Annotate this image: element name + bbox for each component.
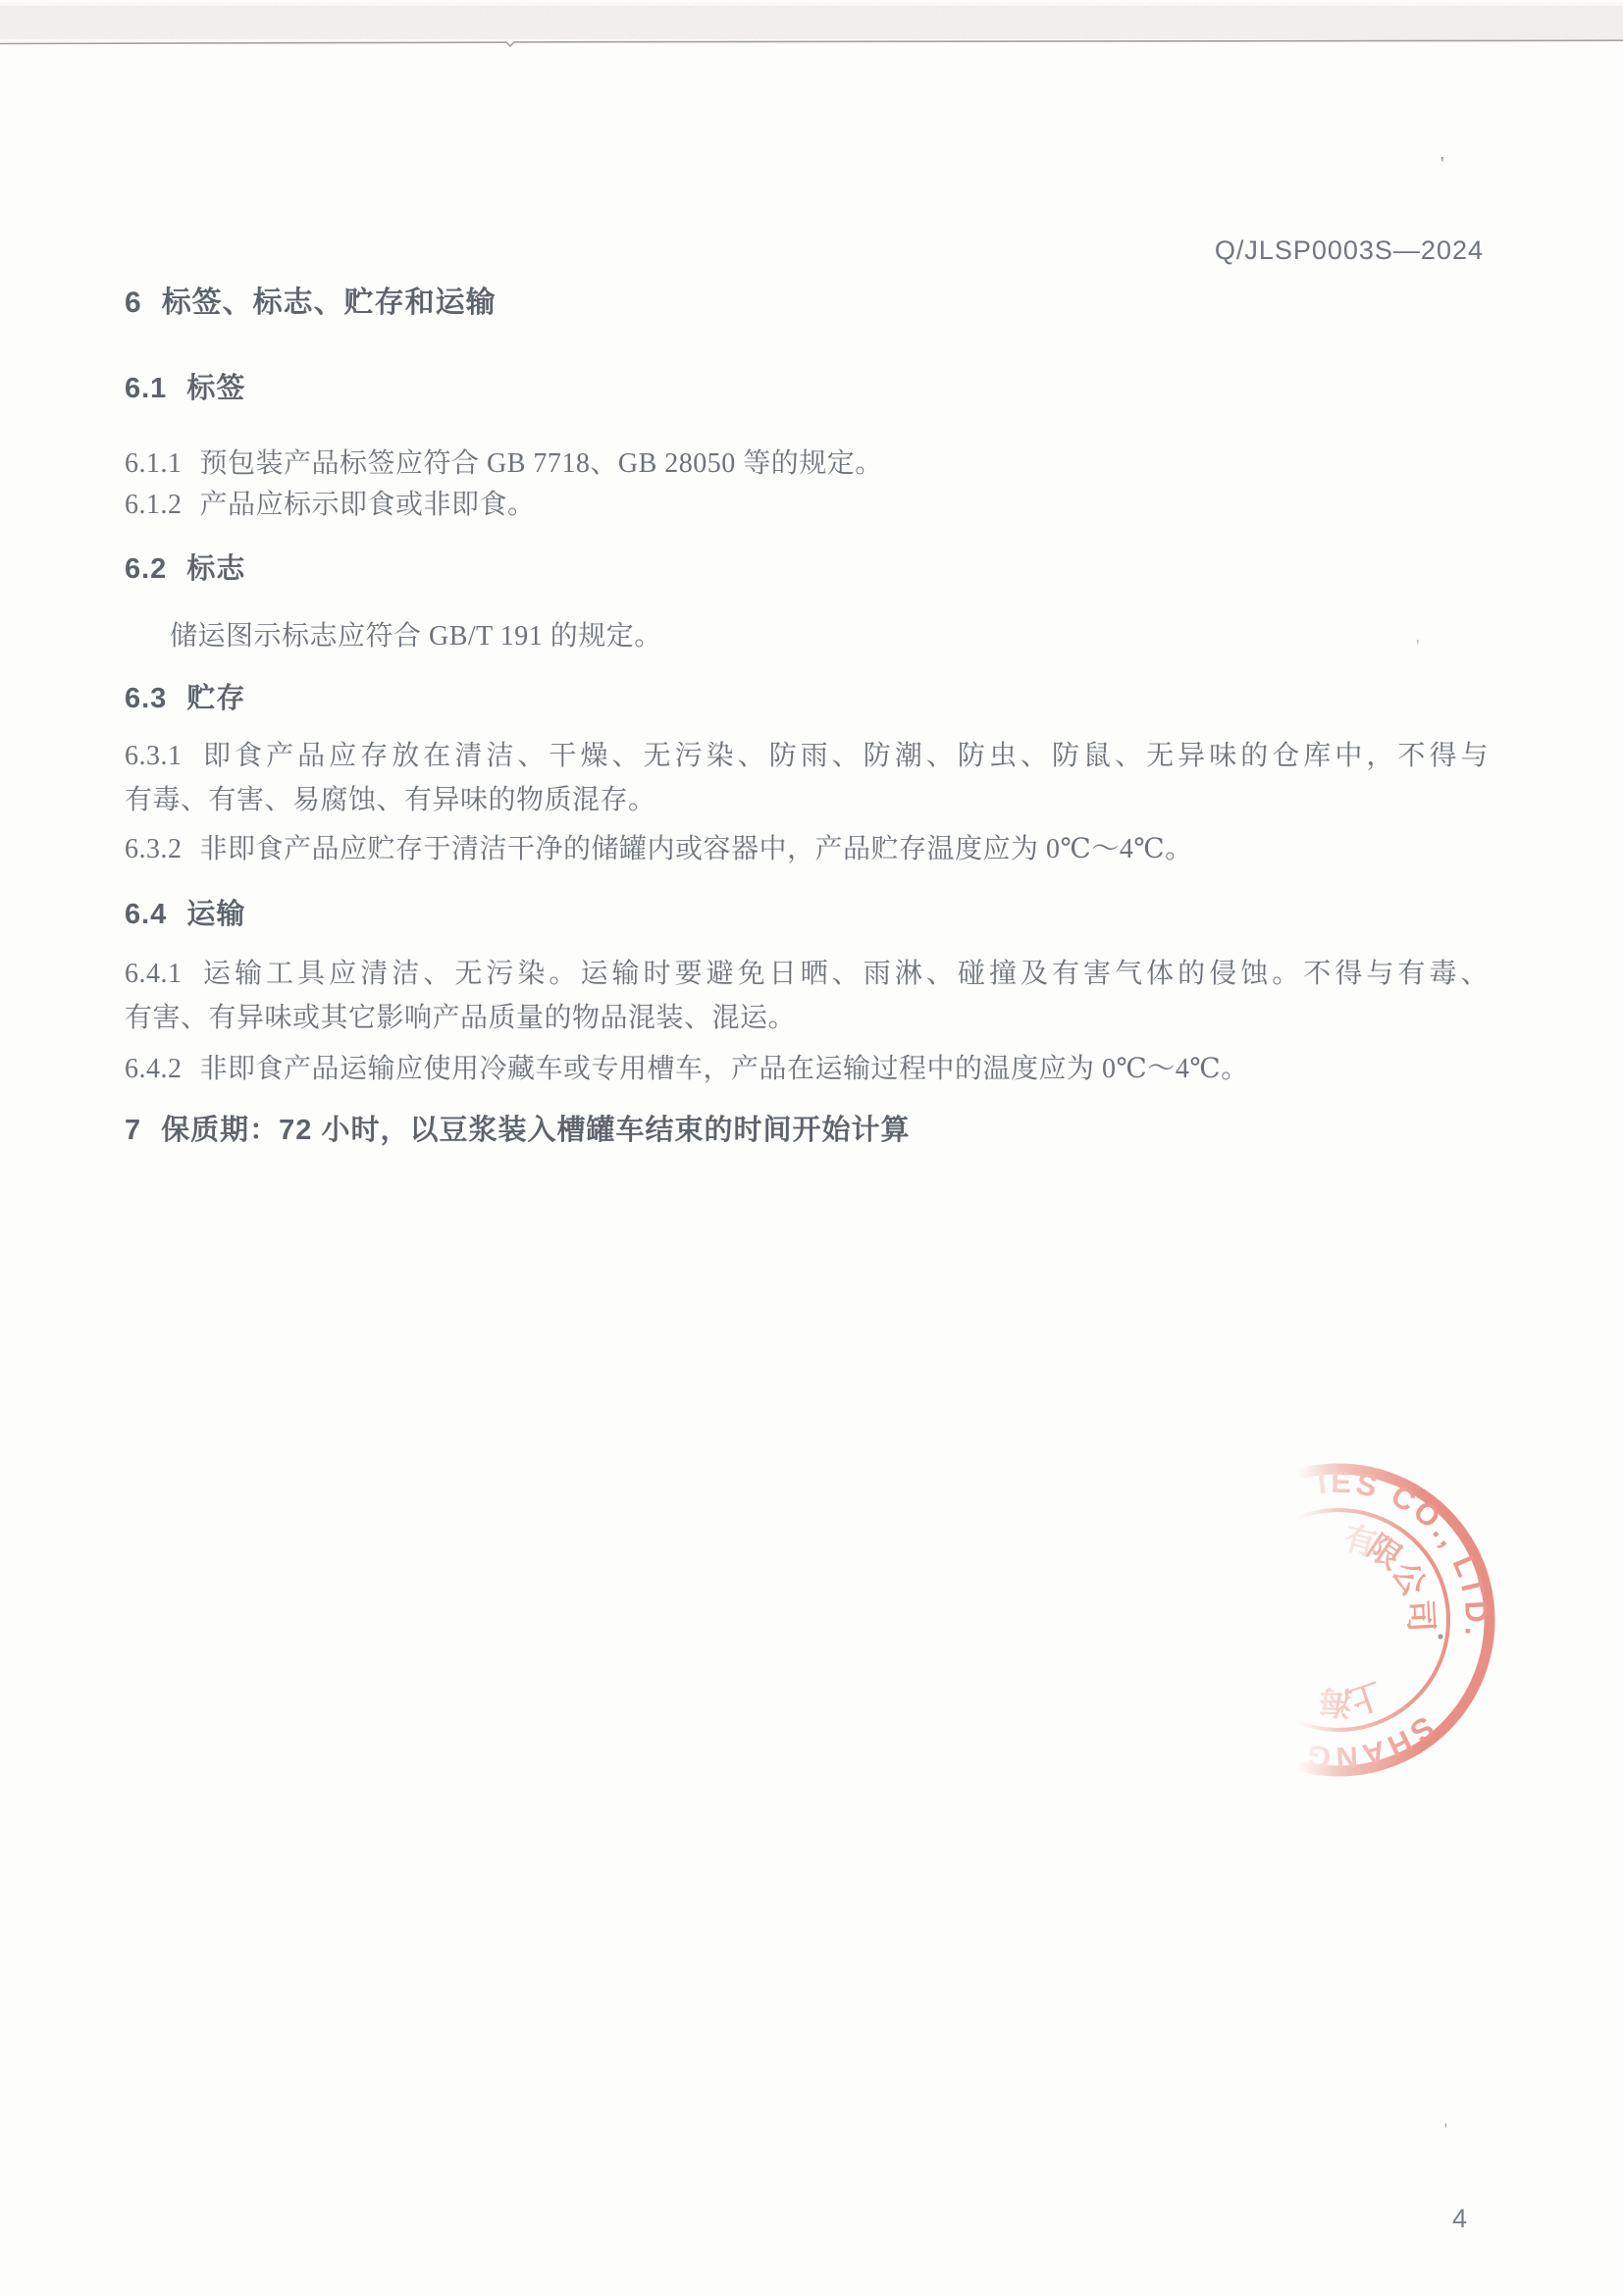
section-title: 保质期：72 小时，以豆浆装入槽罐车结束的时间开始计算 bbox=[161, 1115, 910, 1146]
clause-6-4-1-line1: 6.4.1运输工具应清洁、无污染。运输时要避免日晒、雨淋、碰撞及有害气体的侵蚀。… bbox=[125, 952, 1489, 996]
clause-number: 6.4.2 bbox=[125, 1047, 183, 1091]
clause-number: 6.3.2 bbox=[125, 827, 183, 871]
seal-char: 海 bbox=[1319, 1683, 1352, 1720]
section-number: 6.4 bbox=[125, 893, 167, 937]
clause-text: 非即食产品运输应使用冷藏车或专用槽车，产品在运输过程中的温度应为 0℃～4℃。 bbox=[200, 1054, 1249, 1084]
section-title: 标签 bbox=[186, 373, 245, 404]
clause-6-2-body: 储运图示标志应符合 GB/T 191 的规定。 bbox=[125, 614, 662, 658]
clause-text: 储运图示标志应符合 GB/T 191 的规定。 bbox=[170, 621, 662, 652]
clause-text: 运输工具应清洁、无污染。运输时要避免日晒、雨淋、碰撞及有害气体的侵蚀。不得与有毒… bbox=[200, 959, 1490, 989]
section-number: 6 bbox=[125, 281, 142, 325]
section-title: 运输 bbox=[186, 899, 245, 930]
section-title: 标志 bbox=[186, 553, 245, 585]
scan-speck: ' bbox=[1440, 153, 1444, 176]
clause-6-1-1: 6.1.1预包装产品标签应符合 GB 7718、GB 28050 等的规定。 bbox=[125, 442, 883, 486]
section-number: 6.3 bbox=[125, 677, 167, 721]
clause-number: 6.1.2 bbox=[125, 483, 183, 527]
section-6-1-heading: 6.1标签 bbox=[125, 367, 245, 411]
scan-top-edge-texture bbox=[0, 0, 1623, 49]
clause-6-4-2: 6.4.2非即食产品运输应使用冷藏车或专用槽车，产品在运输过程中的温度应为 0℃… bbox=[125, 1047, 1249, 1091]
section-number: 6.1 bbox=[125, 367, 167, 411]
section-6-4-heading: 6.4运输 bbox=[125, 893, 245, 937]
scan-speck: ' bbox=[1416, 636, 1420, 658]
seal-arc-text-bottom: SHANG bbox=[1301, 1709, 1440, 1775]
clause-6-4-1-line2: 有害、有异味或其它影响产品质量的物品混装、混运。 bbox=[125, 996, 796, 1040]
page-number: 4 bbox=[1452, 2204, 1467, 2234]
section-6-3-heading: 6.3贮存 bbox=[125, 677, 245, 721]
clause-text: 有毒、有害、易腐蚀、有异味的物质混存。 bbox=[125, 785, 656, 815]
clause-text: 即食产品应存放在清洁、干燥、无污染、防雨、防潮、防虫、防鼠、无异味的仓库中，不得… bbox=[200, 741, 1490, 771]
clause-number: 6.4.1 bbox=[125, 952, 183, 996]
scan-top-edge bbox=[0, 0, 1623, 49]
seal-char: 司 bbox=[1401, 1598, 1440, 1633]
clause-text: 预包装产品标签应符合 GB 7718、GB 28050 等的规定。 bbox=[200, 448, 883, 479]
section-number: 7 bbox=[125, 1109, 141, 1153]
clause-text: 产品应标示即食或非即食。 bbox=[200, 490, 536, 520]
section-title: 贮存 bbox=[186, 683, 245, 714]
clause-6-3-1-line2: 有毒、有害、易腐蚀、有异味的物质混存。 bbox=[125, 778, 656, 822]
scanned-document-page: Q/JLSP0003S—2024 ' ' ' 6标签、标志、贮存和运输 6.1标… bbox=[0, 0, 1623, 2296]
scan-dot bbox=[1439, 1635, 1443, 1640]
clause-6-3-2: 6.3.2非即食产品应贮存于清洁干净的储罐内或容器中，产品贮存温度应为 0℃～4… bbox=[125, 827, 1193, 871]
clause-text: 有害、有异味或其它影响产品质量的物品混装、混运。 bbox=[125, 1003, 796, 1033]
scan-speck: ' bbox=[1444, 2121, 1447, 2139]
company-seal-svg: IES CO., LTD. SHANG 有 限 公 司 上 海 bbox=[1138, 1403, 1623, 1854]
section-7-heading: 7保质期：72 小时，以豆浆装入槽罐车结束的时间开始计算 bbox=[125, 1109, 910, 1153]
section-6-heading: 6标签、标志、贮存和运输 bbox=[125, 281, 497, 325]
company-seal-stamp: IES CO., LTD. SHANG 有 限 公 司 上 海 bbox=[1138, 1403, 1623, 1854]
clause-6-1-2: 6.1.2产品应标示即食或非即食。 bbox=[125, 483, 536, 527]
section-6-2-heading: 6.2标志 bbox=[125, 548, 245, 592]
clause-6-3-1-line1: 6.3.1即食产品应存放在清洁、干燥、无污染、防雨、防潮、防虫、防鼠、无异味的仓… bbox=[125, 734, 1489, 778]
clause-number: 6.3.1 bbox=[125, 734, 183, 778]
clause-text: 非即食产品应贮存于清洁干净的储罐内或容器中，产品贮存温度应为 0℃～4℃。 bbox=[200, 834, 1193, 864]
clause-number: 6.1.1 bbox=[125, 442, 183, 486]
section-title: 标签、标志、贮存和运输 bbox=[162, 287, 497, 319]
section-number: 6.2 bbox=[125, 548, 167, 592]
document-code: Q/JLSP0003S—2024 bbox=[1215, 235, 1484, 266]
